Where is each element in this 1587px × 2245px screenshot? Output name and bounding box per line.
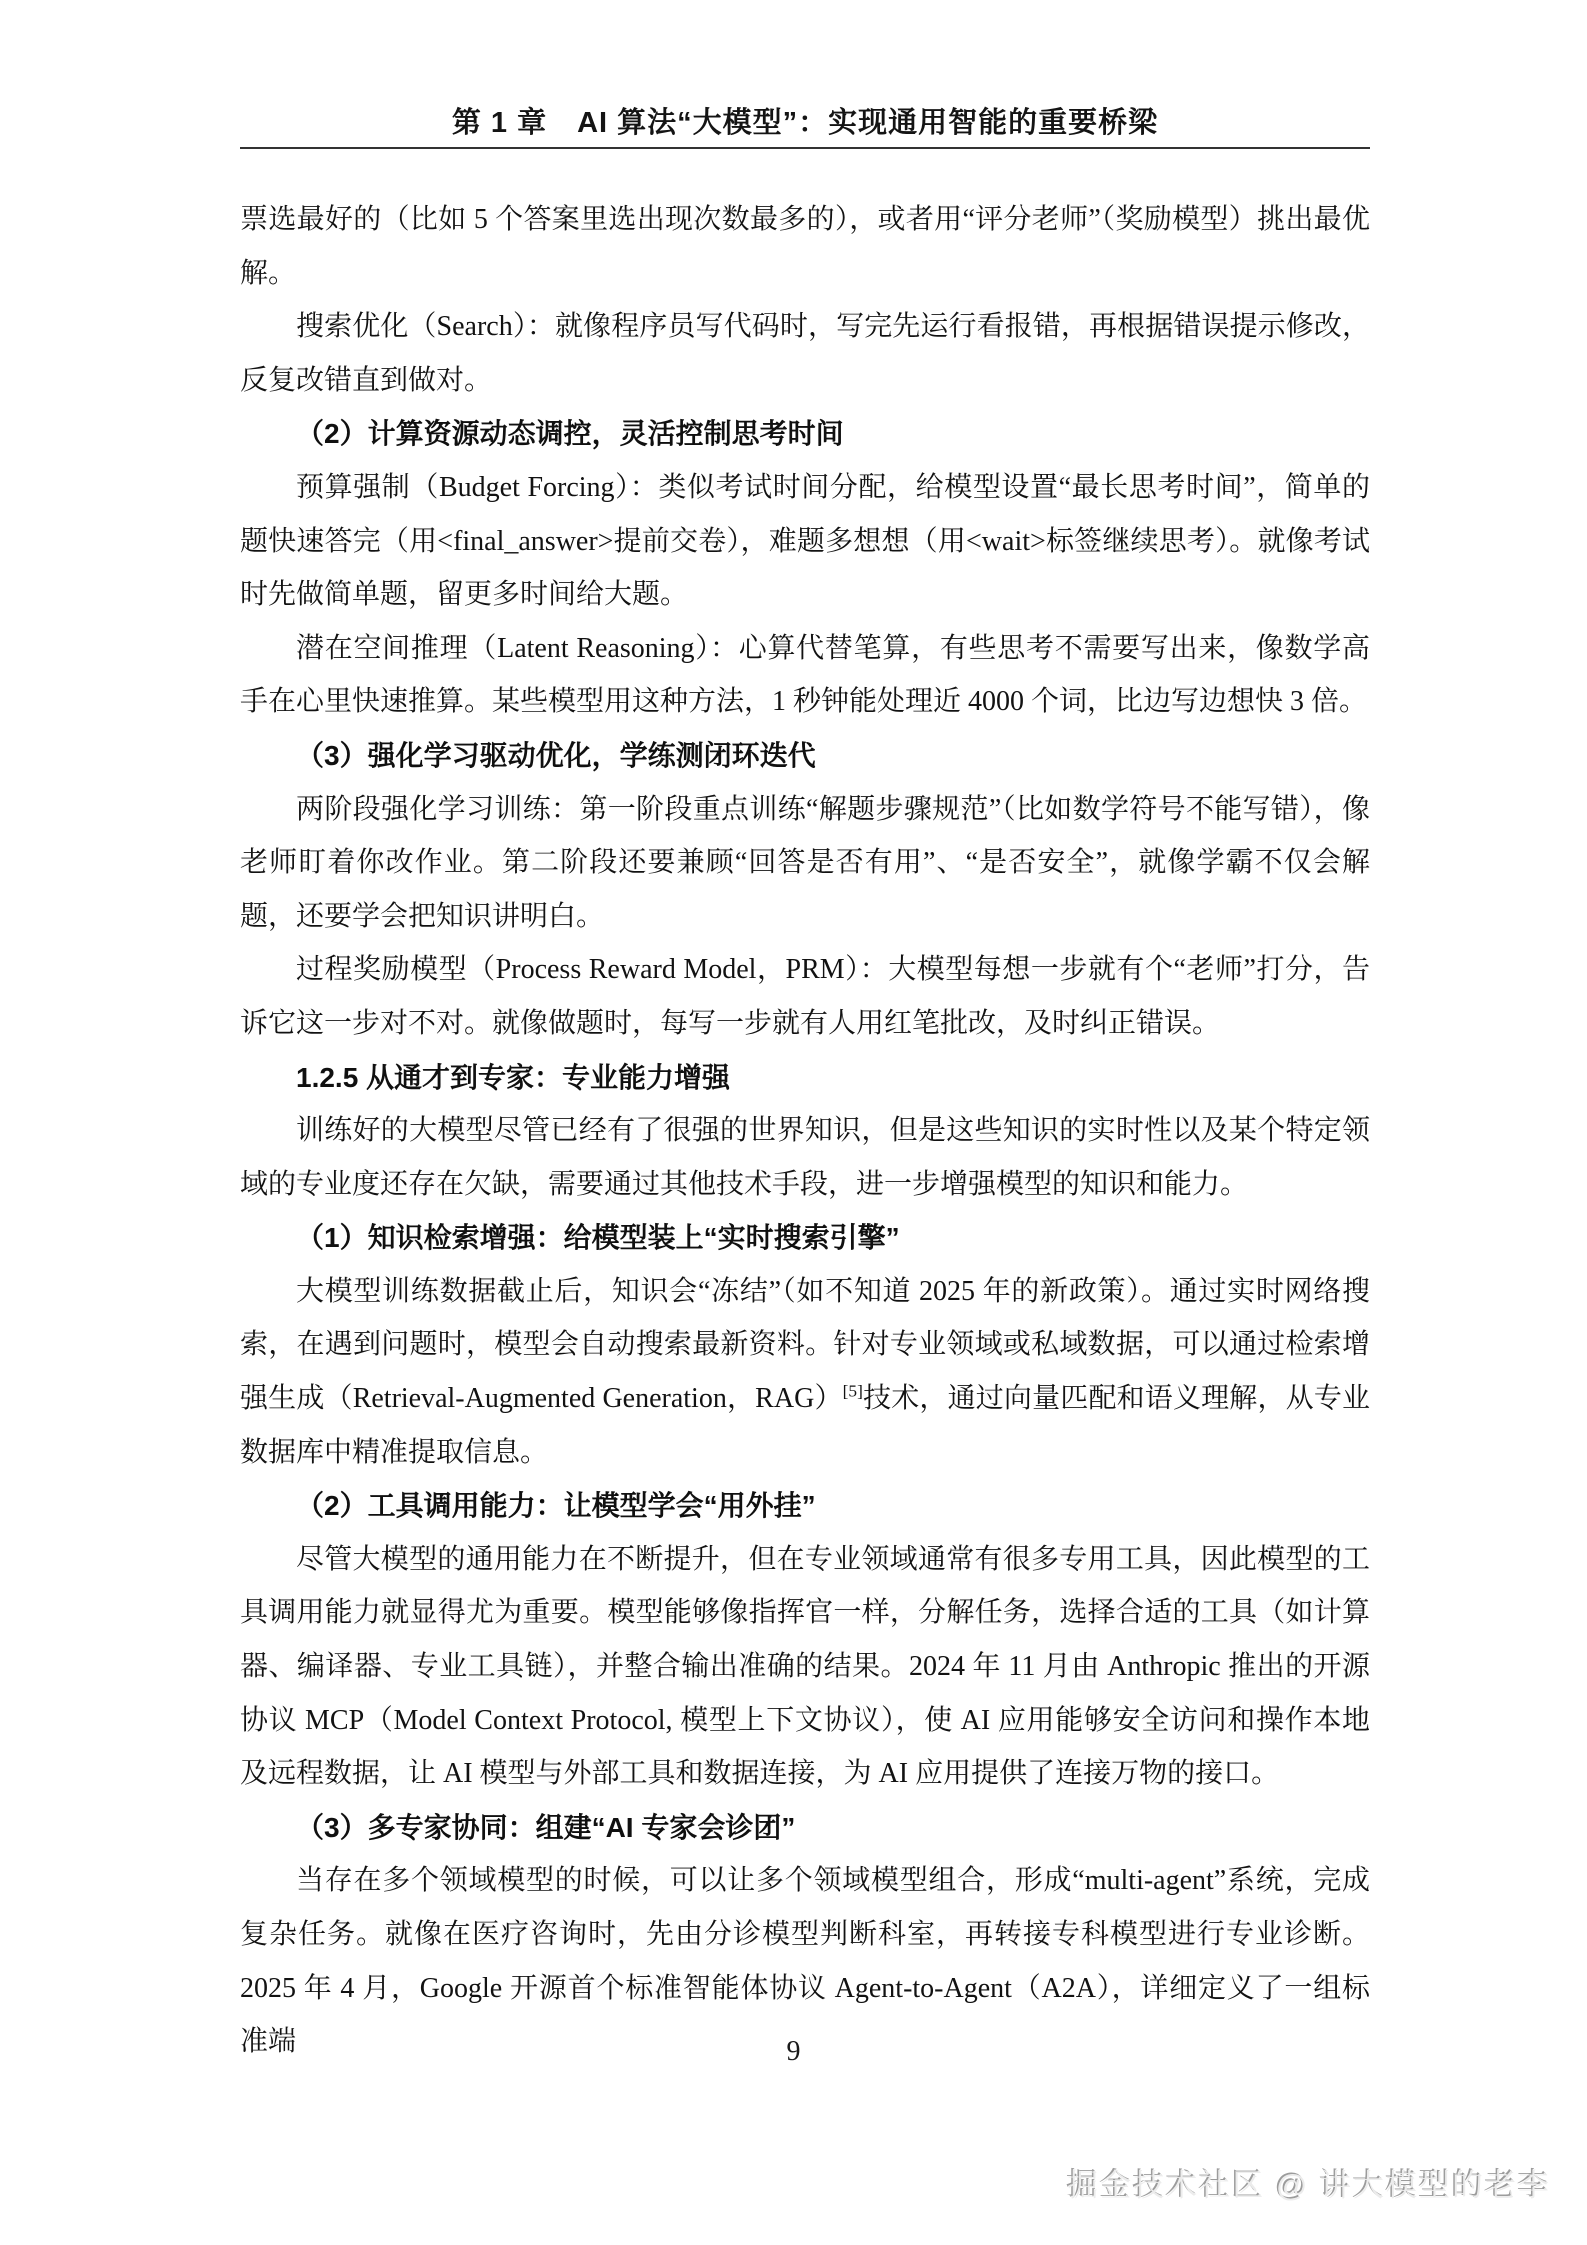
paragraph: 两阶段强化学习训练：第一阶段重点训练“解题步骤规范”（比如数学符号不能写错），像… — [240, 783, 1370, 944]
running-header-chapter-title: 第 1 章 AI 算法“大模型”：实现通用智能的重要桥梁 — [240, 102, 1370, 144]
paragraph-with-footnote: 大模型训练数据截止后，知识会“冻结”（如不知道 2025 年的新政策）。通过实时… — [240, 1265, 1370, 1479]
numbered-subheading: （3）强化学习驱动优化，学练测闭环迭代 — [240, 729, 1370, 783]
document-page: 第 1 章 AI 算法“大模型”：实现通用智能的重要桥梁 票选最好的（比如 5 … — [0, 0, 1587, 2245]
paragraph: 训练好的大模型尽管已经有了很强的世界知识，但是这些知识的实时性以及某个特定领域的… — [240, 1104, 1370, 1211]
page-body: 票选最好的（比如 5 个答案里选出现次数最多的），或者用“评分老师”（奖励模型）… — [240, 193, 1370, 2069]
footnote-reference: [5] — [843, 1382, 863, 1401]
numbered-subheading: （3）多专家协同：组建“AI 专家会诊团” — [240, 1801, 1370, 1855]
header-rule — [240, 147, 1370, 149]
paragraph: 预算强制（Budget Forcing）：类似考试时间分配，给模型设置“最长思考… — [240, 461, 1370, 622]
continued-paragraph: 票选最好的（比如 5 个答案里选出现次数最多的），或者用“评分老师”（奖励模型）… — [240, 193, 1370, 300]
paragraph: 搜索优化（Search）：就像程序员写代码时，写完先运行看报错，再根据错误提示修… — [240, 300, 1370, 407]
numbered-subheading: （2）计算资源动态调控，灵活控制思考时间 — [240, 407, 1370, 461]
numbered-subheading: （1）知识检索增强：给模型装上“实时搜索引擎” — [240, 1211, 1370, 1265]
section-heading-1-2-5: 1.2.5 从通才到专家：专业能力增强 — [240, 1051, 1370, 1105]
page-number: 9 — [0, 2036, 1587, 2068]
paragraph: 潜在空间推理（Latent Reasoning）：心算代替笔算，有些思考不需要写… — [240, 622, 1370, 729]
watermark: 掘金技术社区 @ 讲大模型的老李 — [1067, 2160, 1551, 2205]
paragraph: 过程奖励模型（Process Reward Model，PRM）：大模型每想一步… — [240, 943, 1370, 1050]
numbered-subheading: （2）工具调用能力：让模型学会“用外挂” — [240, 1479, 1370, 1533]
paragraph: 尽管大模型的通用能力在不断提升，但在专业领域通常有很多专用工具，因此模型的工具调… — [240, 1533, 1370, 1801]
